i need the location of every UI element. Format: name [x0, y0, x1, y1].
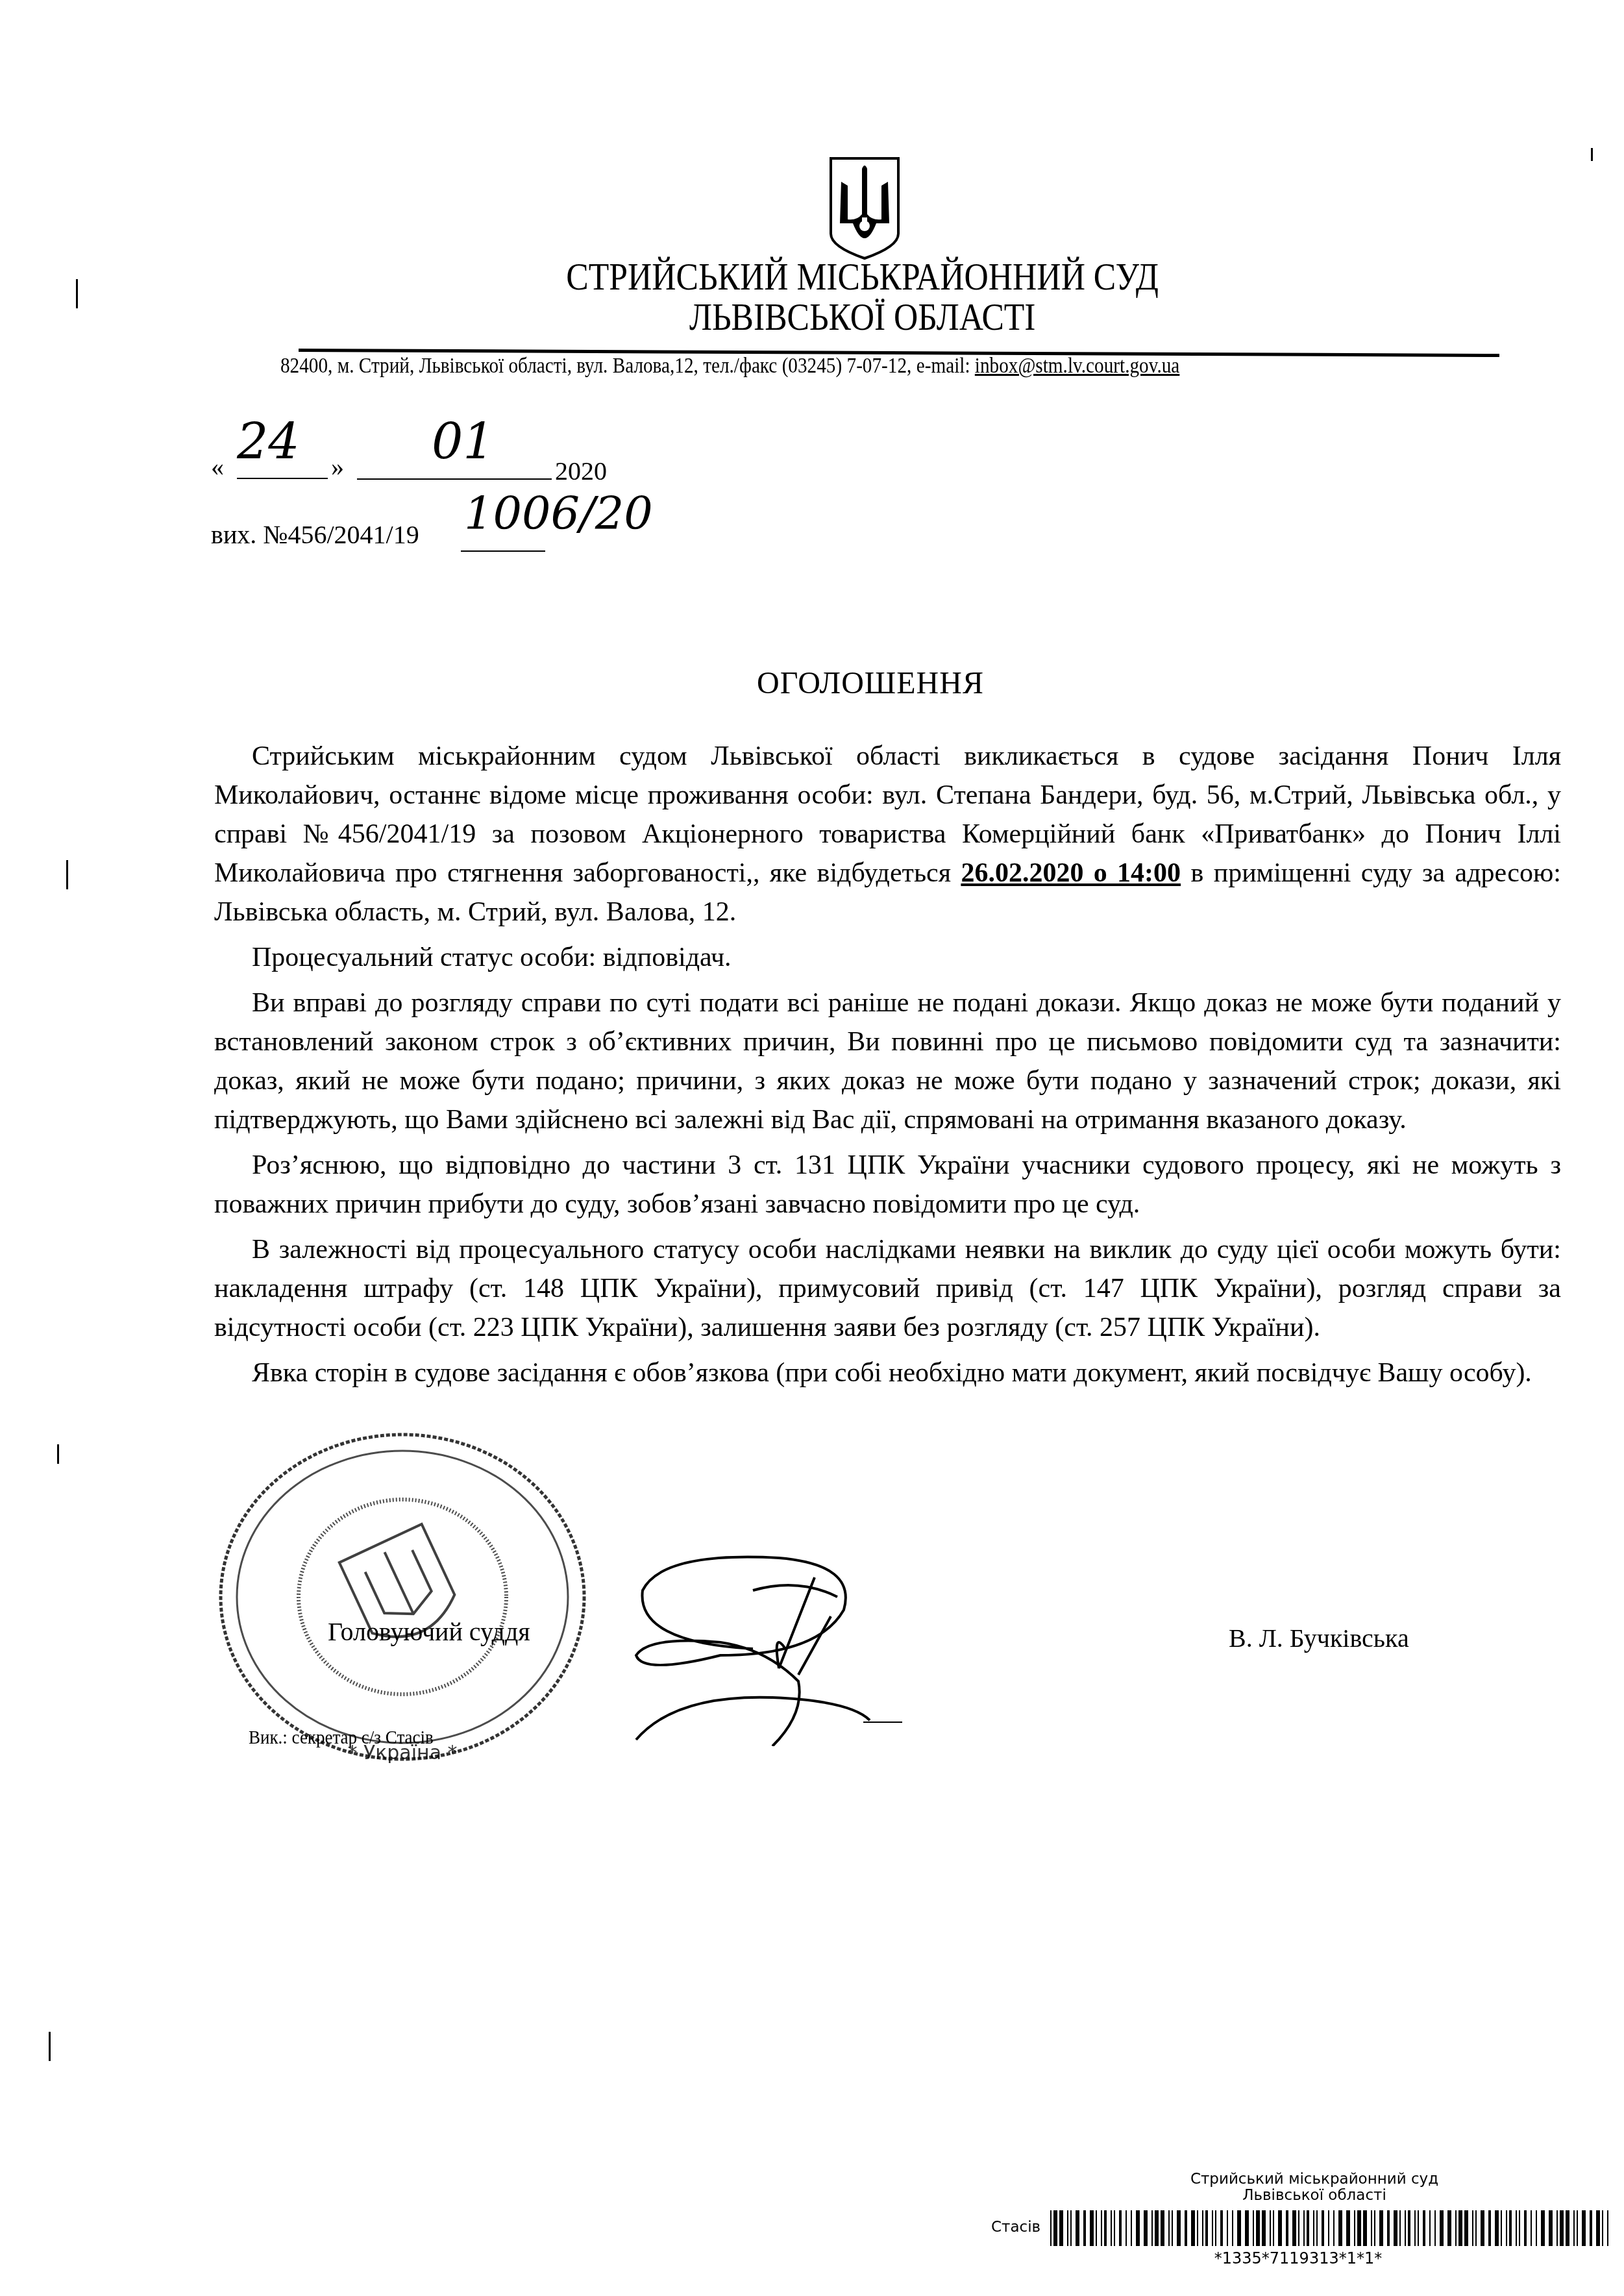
email-link[interactable]: inbox@stm.lv.court.gov.ua — [975, 354, 1180, 378]
scan-margin-mark — [57, 1444, 59, 1464]
judge-name: В. Л. Бучківська — [1229, 1623, 1409, 1653]
barcode-owner: Стасів — [991, 2219, 1040, 2236]
court-address: 82400, м. Стрий, Львівської області, вул… — [280, 354, 1179, 378]
scan-margin-mark — [49, 2032, 51, 2061]
court-seal-stamp: * Україна * — [208, 1409, 636, 1772]
signature-line — [863, 1722, 902, 1723]
address-text: 82400, м. Стрий, Львівської області, вул… — [280, 354, 975, 378]
outgoing-handwritten-number: 1006/20 — [464, 487, 653, 540]
trident-coat-of-arms-icon — [828, 156, 901, 261]
outgoing-underline — [461, 550, 545, 552]
barcode-court-label: Стрийський міськрайонний суд Львівської … — [1142, 2171, 1486, 2204]
court-name-header: СТРИЙСЬКИЙ МІСЬКРАЙОННИЙ СУД ЛЬВІВСЬКОЇ … — [121, 256, 1518, 337]
paragraph-consequences: В залежності від процесуального статусу … — [214, 1230, 1561, 1347]
paragraph-procedural-status: Процесуальний статус особи: відповідач. — [214, 938, 1561, 977]
hearing-datetime: 26.02.2020 о 14:00 — [961, 858, 1181, 888]
day-underline — [237, 478, 328, 479]
executor-line: Вик.: секретар с/з Стасів — [249, 1727, 434, 1749]
date-close-quote: » — [331, 451, 344, 482]
presiding-judge-label: Головуючий суддя — [328, 1616, 530, 1647]
paragraph-summons: Стрийським міськрайонним судом Львівсько… — [214, 737, 1561, 932]
court-name-line1: СТРИЙСЬКИЙ МІСЬКРАЙОННИЙ СУД — [207, 256, 1517, 297]
month-underline — [357, 478, 552, 480]
date-month-handwritten: 01 — [432, 412, 495, 470]
document-title: ОГОЛОШЕННЯ — [58, 665, 1624, 701]
registration-barcode — [1050, 2210, 1621, 2246]
date-year: 2020 — [555, 456, 607, 486]
court-name-line2: ЛЬВІВСЬКОЇ ОБЛАСТІ — [207, 297, 1517, 337]
scan-margin-mark — [66, 860, 68, 889]
document-date: « 24 » 01 2020 — [211, 415, 730, 493]
date-day-handwritten: 24 — [237, 412, 300, 470]
paragraph-attendance: Явка сторін в судове засідання є обов’яз… — [214, 1353, 1561, 1392]
paragraph-explanation: Роз’яснюю, що відповідно до частини 3 ст… — [214, 1146, 1561, 1224]
scan-margin-mark — [1591, 148, 1593, 161]
date-open-quote: « — [211, 451, 224, 482]
document-body: Стрийським міськрайонним судом Львівсько… — [214, 737, 1561, 1399]
paragraph-evidence: Ви вправі до розгляду справи по суті под… — [214, 983, 1561, 1139]
judge-signature — [623, 1532, 896, 1746]
barcode-number: *1335*7119313*1*1* — [1103, 2249, 1493, 2267]
outgoing-label: вих. №456/2041/19 — [211, 519, 419, 550]
outgoing-number: вих. №456/2041/19 1006/20 — [211, 493, 795, 578]
scan-margin-mark — [76, 279, 78, 308]
